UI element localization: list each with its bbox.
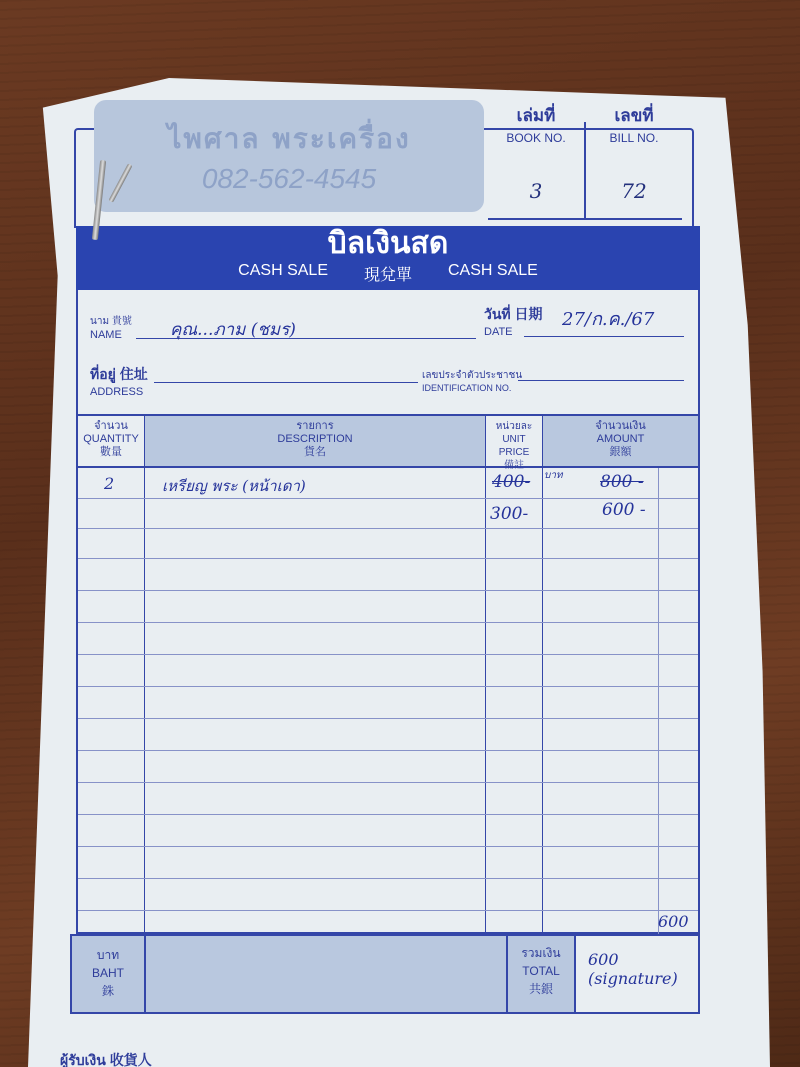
col-label-cn: 備註 bbox=[486, 459, 542, 472]
date-line bbox=[524, 336, 684, 337]
col-quantity-header: จำนวน QUANTITY 數量 bbox=[78, 416, 144, 466]
total-label-th: รวมเงิน bbox=[508, 944, 574, 962]
row-line bbox=[78, 590, 698, 591]
name-label-th: นาม 貴號 bbox=[90, 312, 132, 329]
col-label-cn: 貨名 bbox=[145, 446, 485, 459]
baht-label-en: BAHT bbox=[72, 964, 144, 982]
date-label-th: วันที่ 日期 bbox=[484, 304, 543, 326]
banner-center-label: 現兌單 bbox=[364, 262, 412, 285]
row-line bbox=[78, 686, 698, 687]
address-label-th: ที่อยู่ 住址 bbox=[90, 364, 148, 386]
banner-left-label: CASH SALE bbox=[238, 262, 328, 285]
items-table: จำนวน QUANTITY 數量 รายการ DESCRIPTION 貨名 … bbox=[76, 414, 700, 934]
col-label-en: UNIT PRICE bbox=[486, 433, 542, 459]
cash-sale-receipt: ไพศาล พระเครื่อง 082-562-4545 เล่มที่ BO… bbox=[68, 92, 700, 1037]
col-label-en: QUANTITY bbox=[78, 433, 144, 446]
name-label-en: NAME bbox=[90, 329, 132, 341]
customer-info: นาม 貴號 NAME คุณ...ภาม (ชมร) วันที่ 日期 DA… bbox=[76, 290, 700, 414]
row-unit-price-note: บาท bbox=[544, 468, 563, 483]
row-amount: 800 - bbox=[600, 472, 644, 492]
row-line bbox=[78, 622, 698, 623]
row-quantity: 2 bbox=[104, 474, 114, 493]
book-no-value: 3 bbox=[488, 179, 584, 203]
baht-label-th: บาท bbox=[72, 946, 144, 964]
row-line bbox=[78, 782, 698, 783]
address-label-en: ADDRESS bbox=[90, 386, 148, 398]
column-divider bbox=[144, 416, 145, 932]
total-label-en: TOTAL bbox=[508, 962, 574, 980]
date-value: 27/ก.ค./67 bbox=[562, 304, 654, 333]
date-field: วันที่ 日期 DATE bbox=[484, 304, 543, 338]
col-label-en: AMOUNT bbox=[543, 433, 698, 446]
address-line bbox=[154, 382, 418, 383]
col-label-cn: 銀額 bbox=[543, 446, 698, 459]
row-line bbox=[78, 498, 698, 499]
shop-phone: 082-562-4545 bbox=[202, 163, 376, 195]
book-number: เล่มที่ BOOK NO. 3 bbox=[488, 102, 584, 203]
total-label: รวมเงิน TOTAL 共銀 bbox=[506, 936, 576, 1012]
receiver-label: ผู้รับเงิน 收貨人 bbox=[60, 1050, 152, 1067]
table-header: จำนวน QUANTITY 數量 รายการ DESCRIPTION 貨名 … bbox=[78, 416, 698, 468]
amount-in-words bbox=[146, 936, 506, 1012]
row-line bbox=[78, 814, 698, 815]
shop-logo: ไพศาล พระเครื่อง 082-562-4545 bbox=[94, 100, 484, 212]
book-no-label-en: BOOK NO. bbox=[488, 131, 584, 145]
col-unit-price-header: หน่วยละ UNIT PRICE 備註 bbox=[486, 416, 542, 466]
total-value-cell: 600 (signature) bbox=[576, 936, 698, 1012]
column-divider bbox=[542, 416, 543, 932]
row-unit-price: 300- bbox=[490, 504, 528, 524]
id-label-en: IDENTIFICATION NO. bbox=[422, 383, 522, 393]
row-line bbox=[78, 910, 698, 911]
col-label-th: จำนวน bbox=[78, 420, 144, 433]
row-line bbox=[78, 878, 698, 879]
row-line bbox=[78, 846, 698, 847]
id-label-th: เลขประจำตัวประชาชน bbox=[422, 368, 522, 383]
col-label-en: DESCRIPTION bbox=[145, 433, 485, 446]
row-line bbox=[78, 654, 698, 655]
id-field: เลขประจำตัวประชาชน IDENTIFICATION NO. bbox=[422, 368, 522, 393]
bill-no-label-th: เลขที่ bbox=[586, 102, 682, 129]
row-line bbox=[78, 528, 698, 529]
id-line bbox=[518, 380, 684, 381]
divider bbox=[488, 218, 682, 220]
address-field: ที่อยู่ 住址 ADDRESS bbox=[90, 364, 148, 398]
banner-subtitle: CASH SALE 現兌單 CASH SALE bbox=[76, 262, 700, 285]
total-value: 600 (signature) bbox=[588, 950, 698, 988]
row-unit-price: 400- bbox=[492, 472, 530, 492]
banner-title: บิลเงินสด bbox=[76, 226, 700, 262]
shop-name: ไพศาล พระเครื่อง bbox=[167, 117, 410, 161]
col-label-th: รายการ bbox=[145, 420, 485, 433]
banner-right-label: CASH SALE bbox=[448, 262, 538, 285]
row-line bbox=[78, 750, 698, 751]
name-value: คุณ...ภาม (ชมร) bbox=[170, 316, 296, 343]
satang-divider bbox=[658, 468, 659, 936]
name-field: นาม 貴號 NAME bbox=[90, 312, 132, 341]
col-label-cn: 數量 bbox=[78, 446, 144, 459]
col-label-th: หน่วยละ bbox=[486, 420, 542, 433]
total-bar: บาท BAHT 銖 รวมเงิน TOTAL 共銀 600 (signatu… bbox=[70, 934, 700, 1014]
cash-sale-banner: บิลเงินสด CASH SALE 現兌單 CASH SALE bbox=[76, 226, 700, 290]
row-description: เหรียญ พระ (หน้าเดา) bbox=[162, 474, 306, 498]
total-label-cn: 共銀 bbox=[508, 980, 574, 998]
col-description-header: รายการ DESCRIPTION 貨名 bbox=[145, 416, 485, 466]
bill-no-value: 72 bbox=[586, 179, 682, 203]
row-line bbox=[78, 558, 698, 559]
col-label-th: จำนวนเงิน bbox=[543, 420, 698, 433]
bill-number: เลขที่ BILL NO. 72 bbox=[586, 102, 682, 203]
book-bill-number-box: เล่มที่ BOOK NO. 3 เลขที่ BILL NO. 72 bbox=[488, 102, 684, 216]
bill-no-label-en: BILL NO. bbox=[586, 131, 682, 145]
column-divider bbox=[485, 416, 486, 932]
baht-label: บาท BAHT 銖 bbox=[72, 936, 146, 1012]
row-amount: 600 - bbox=[602, 500, 646, 520]
col-amount-header: จำนวนเงิน AMOUNT 銀額 bbox=[543, 416, 698, 466]
book-no-label-th: เล่มที่ bbox=[488, 102, 584, 129]
row-line bbox=[78, 718, 698, 719]
baht-label-cn: 銖 bbox=[72, 982, 144, 1000]
